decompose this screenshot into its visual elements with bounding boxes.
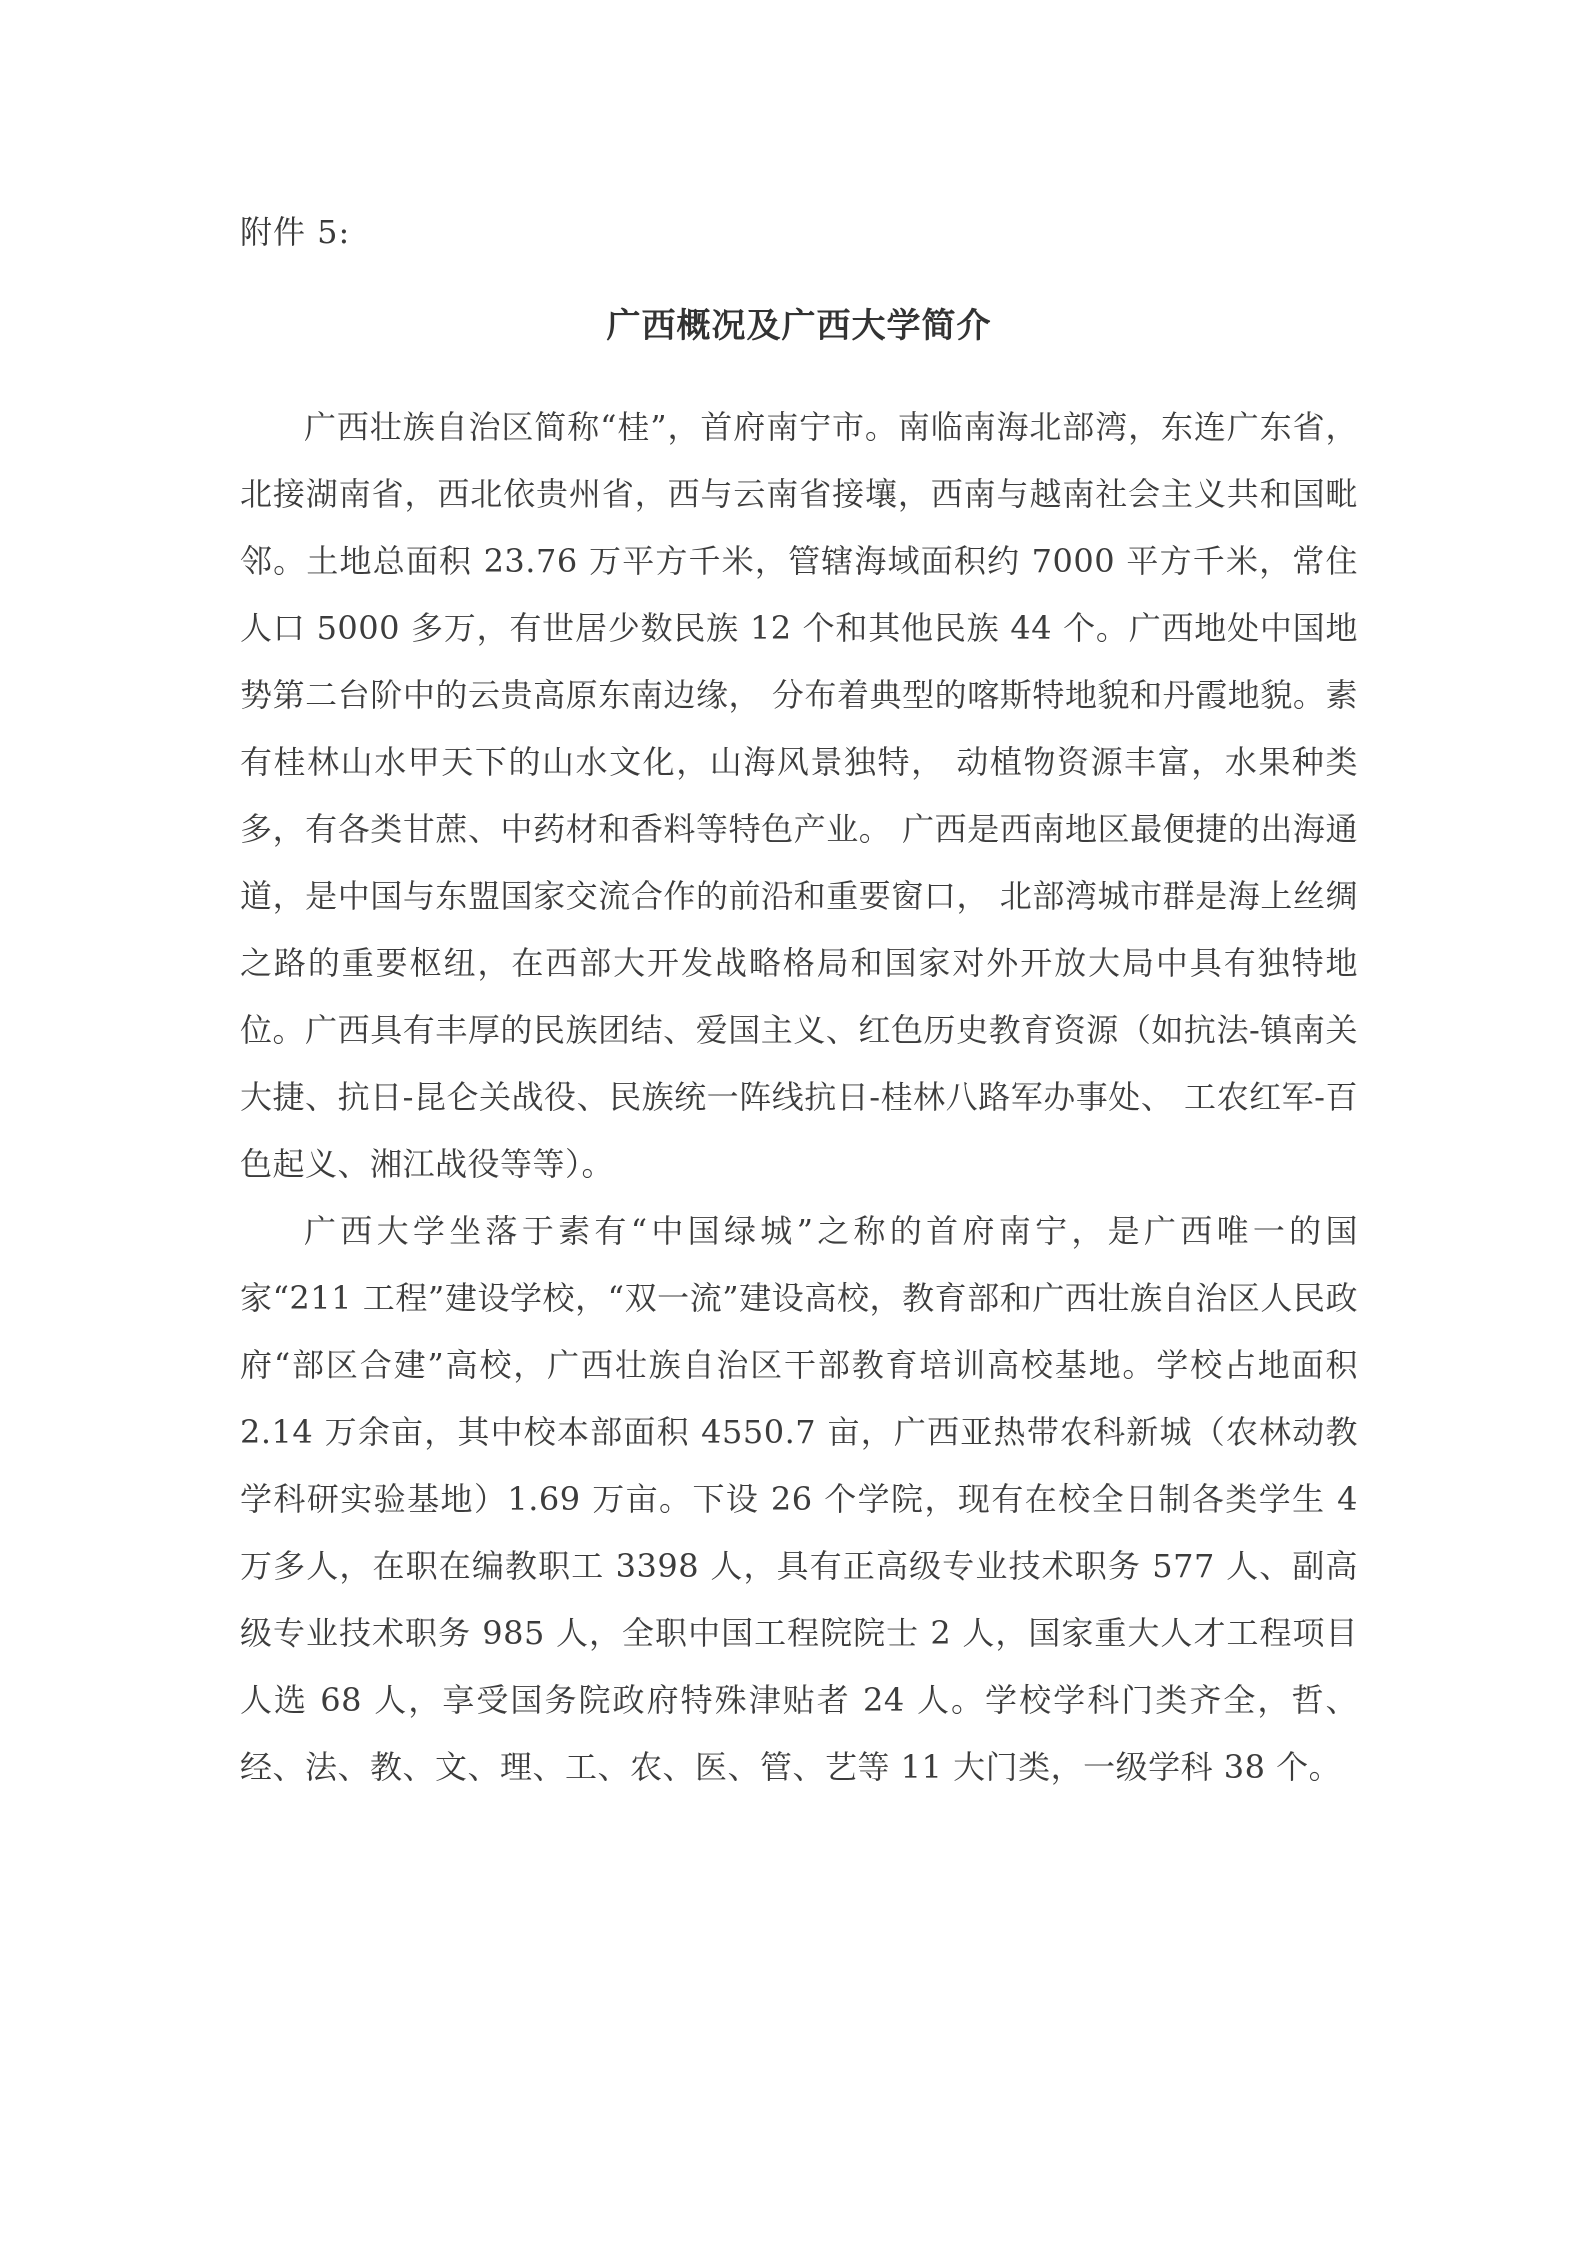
document-page: { "doc": { "attachment_label": "附件 5:", … [0,0,1587,2245]
document-title: 广西概况及广西大学简介 [240,304,1358,348]
document-body: 广西壮族自治区简称“桂”，首府南宁市。南临南海北部湾，东连广东省，北接湖南省，西… [240,394,1358,1801]
page-content: 附件 5: 广西概况及广西大学简介 广西壮族自治区简称“桂”，首府南宁市。南临南… [240,212,1358,1801]
attachment-label: 附件 5: [240,212,1358,252]
paragraph-guangxi-overview: 广西壮族自治区简称“桂”，首府南宁市。南临南海北部湾，东连广东省，北接湖南省，西… [240,394,1358,1198]
paragraph-guangxi-university-intro: 广西大学坐落于素有“中国绿城”之称的首府南宁，是广西唯一的国家“211 工程”建… [240,1198,1358,1801]
